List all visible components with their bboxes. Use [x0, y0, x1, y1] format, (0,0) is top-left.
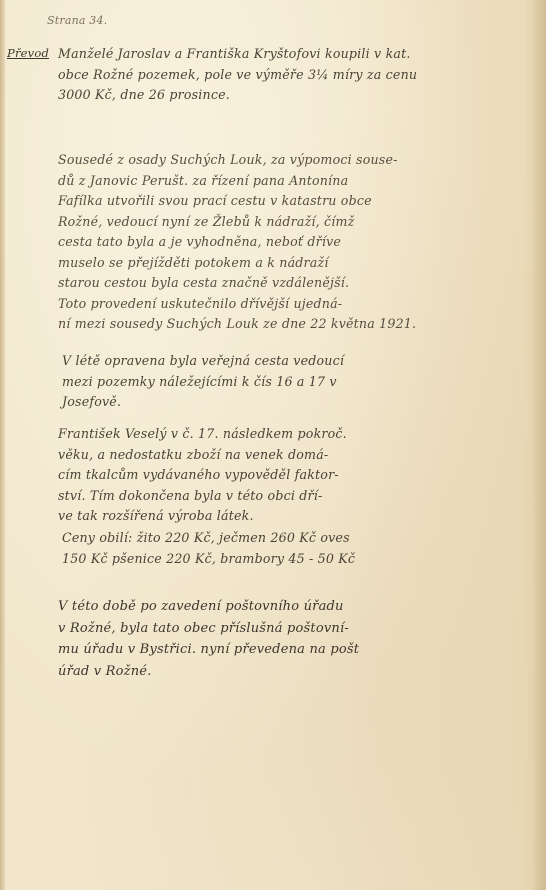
text-line: obce Rožné pozemek, pole ve výměře 3¼ mí…: [58, 65, 508, 86]
text-line: ství. Tím dokončena byla v této obci dří…: [58, 486, 508, 507]
text-line: dů z Janovic Perušt. za řízení pana Anto…: [58, 171, 508, 192]
text-line: František Veselý v č. 17. následkem pokr…: [58, 424, 508, 445]
text-line: mezi pozemky náležejícími k čís 16 a 17 …: [62, 372, 512, 393]
text-line: V této době po zavedení poštovního úřadu: [58, 596, 508, 618]
page-number: Strana 34.: [47, 14, 107, 27]
paragraph-transfer: Manželé Jaroslav a Františka Kryštofovi …: [58, 44, 508, 106]
manuscript-page: Strana 34. Převod Manželé Jaroslav a Fra…: [0, 0, 546, 890]
text-line: muselo se přejížděti potokem a k nádraží: [58, 253, 508, 274]
paragraph-weaving: František Veselý v č. 17. následkem pokr…: [58, 424, 508, 527]
text-line: cesta tato byla a je vyhodněna, neboť dř…: [58, 232, 508, 253]
text-line: věku, a nedostatku zboží na venek domá-: [58, 445, 508, 466]
page-binding-edge: [0, 0, 5, 890]
text-line: cím tkalcům vydávaného vypověděl faktor-: [58, 465, 508, 486]
text-line: V létě opravena byla veřejná cesta vedou…: [62, 351, 512, 372]
page-shadow-edge: [532, 0, 546, 890]
text-line: 150 Kč pšenice 220 Kč, brambory 45 - 50 …: [62, 549, 512, 570]
text-line: Josefově.: [62, 392, 512, 413]
paragraph-grain-prices: Ceny obilí: žito 220 Kč, ječmen 260 Kč o…: [58, 528, 512, 569]
text-line: Rožné, vedoucí nyní ze Žlebů k nádraží, …: [58, 212, 508, 233]
paragraph-post-office: V této době po zavedení poštovního úřadu…: [58, 596, 508, 682]
paragraph-public-road: V létě opravena byla veřejná cesta vedou…: [58, 351, 512, 413]
margin-note-transfer: Převod: [7, 46, 49, 60]
text-line: Manželé Jaroslav a Františka Kryštofovi …: [58, 44, 508, 65]
text-line: 3000 Kč, dne 26 prosince.: [58, 85, 508, 106]
text-line: Sousedé z osady Suchých Louk, za výpomoc…: [58, 150, 508, 171]
text-line: Fafílka utvořili svou prací cestu v kata…: [58, 191, 508, 212]
text-line: ve tak rozšířená výroba látek.: [58, 506, 508, 527]
text-line: ní mezi sousedy Suchých Louk ze dne 22 k…: [58, 314, 508, 335]
text-line: v Rožné, byla tato obec příslušná poštov…: [58, 618, 508, 640]
text-line: mu úřadu v Bystřici. nyní převedena na p…: [58, 639, 508, 661]
text-line: úřad v Rožné.: [58, 661, 508, 683]
paragraph-road: Sousedé z osady Suchých Louk, za výpomoc…: [58, 150, 508, 335]
text-line: Ceny obilí: žito 220 Kč, ječmen 260 Kč o…: [62, 528, 512, 549]
text-line: starou cestou byla cesta značně vzdáleně…: [58, 273, 508, 294]
text-line: Toto provedení uskutečnilo dřívější ujed…: [58, 294, 508, 315]
